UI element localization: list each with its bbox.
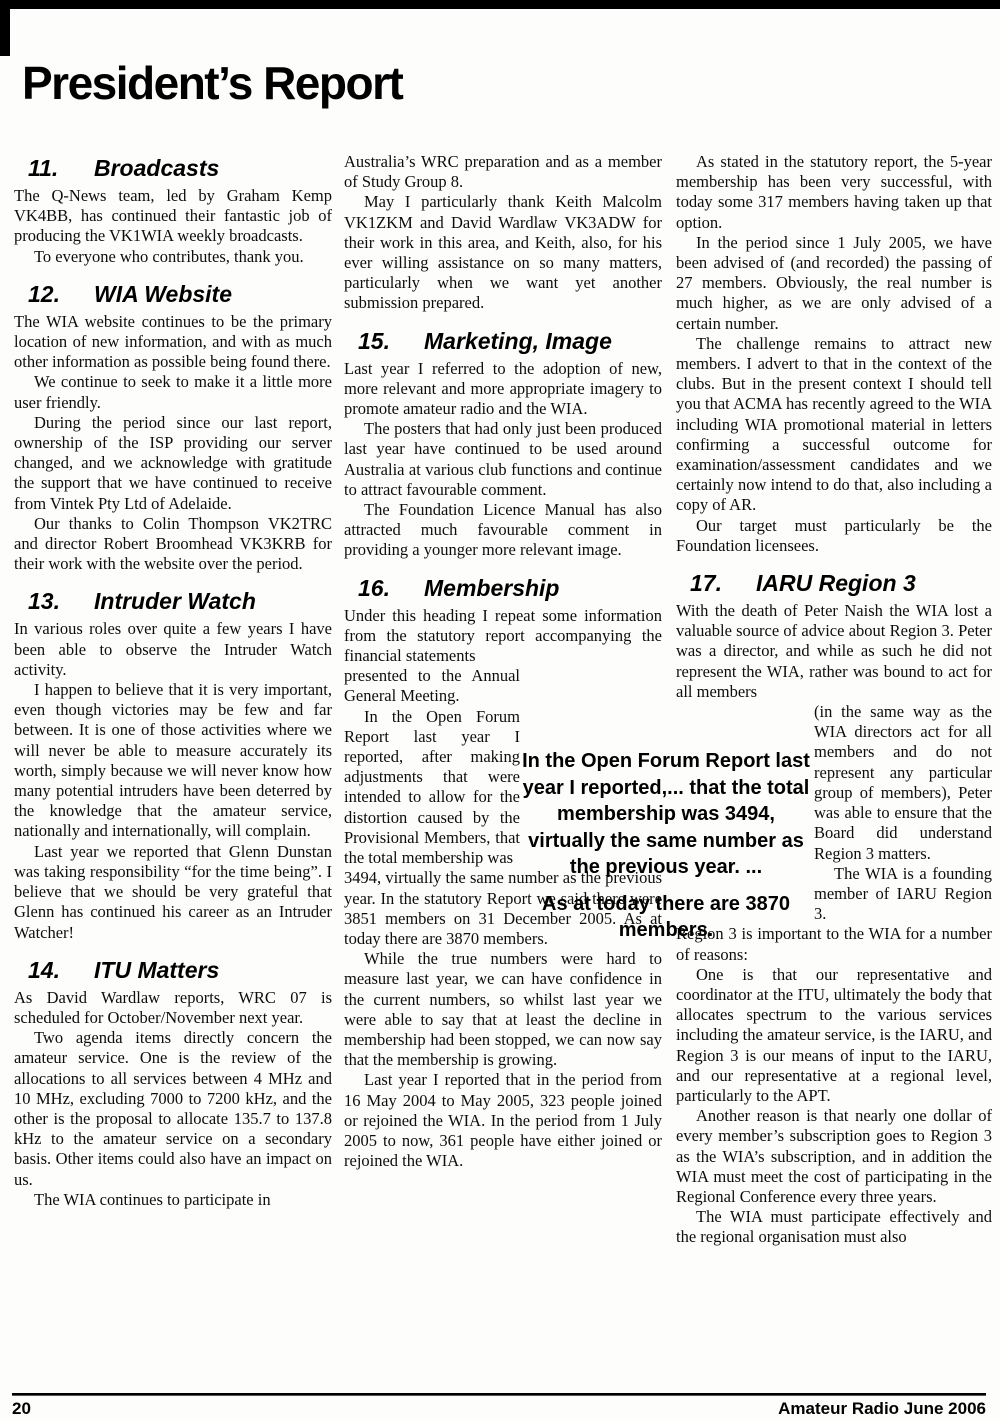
scan-edge-top bbox=[0, 0, 1000, 9]
section-heading: 12.WIA Website bbox=[14, 280, 332, 308]
section-heading: 15.Marketing, Image bbox=[344, 327, 662, 355]
paragraph: As stated in the statutory report, the 5… bbox=[676, 152, 992, 233]
section-heading: 16.Membership bbox=[344, 574, 662, 602]
paragraph: I happen to believe that it is very impo… bbox=[14, 680, 332, 842]
section-heading: 14.ITU Matters bbox=[14, 956, 332, 984]
magazine-page: President’s Report 11.BroadcastsThe Q-Ne… bbox=[0, 0, 1000, 1421]
paragraph: During the period since our last report,… bbox=[14, 413, 332, 514]
pull-quote-line-1: In the Open Forum Report last year I rep… bbox=[516, 748, 816, 881]
section-number: 15. bbox=[358, 327, 424, 355]
paragraph: The challenge remains to attract new mem… bbox=[676, 334, 992, 516]
page-title: President’s Report bbox=[22, 56, 402, 110]
paragraph: The WIA is a founding member of IARU Reg… bbox=[814, 864, 992, 925]
paragraph: Australia’s WRC preparation and as a mem… bbox=[344, 152, 662, 192]
paragraph: With the death of Peter Naish the WIA lo… bbox=[676, 601, 992, 702]
paragraph: presented to the Annual General Meeting. bbox=[344, 666, 520, 706]
paragraph: To everyone who contributes, thank you. bbox=[14, 247, 332, 267]
paragraph: The Foundation Licence Manual has also a… bbox=[344, 500, 662, 561]
section-title: Broadcasts bbox=[94, 155, 219, 181]
paragraph: Last year we reported that Glenn Dunstan… bbox=[14, 842, 332, 943]
section-heading: 17.IARU Region 3 bbox=[676, 569, 992, 597]
section-heading: 13.Intruder Watch bbox=[14, 587, 332, 615]
paragraph: In various roles over quite a few years … bbox=[14, 619, 332, 680]
footer-page-number: 20 bbox=[12, 1399, 31, 1419]
section-number: 17. bbox=[690, 569, 756, 597]
text-column-3: As stated in the statutory report, the 5… bbox=[676, 152, 992, 1248]
paragraph: The WIA must participate effectively and… bbox=[676, 1207, 992, 1247]
paragraph: The posters that had only just been prod… bbox=[344, 419, 662, 500]
text-column-1: 11.BroadcastsThe Q-News team, led by Gra… bbox=[14, 152, 332, 1210]
section-number: 12. bbox=[28, 280, 94, 308]
section-heading: 11.Broadcasts bbox=[14, 154, 332, 182]
scan-edge-left bbox=[0, 0, 10, 56]
wrapped-text-block: presented to the Annual General Meeting.… bbox=[344, 666, 520, 868]
paragraph: The Q-News team, led by Graham Kemp VK4B… bbox=[14, 186, 332, 247]
section-title: Marketing, Image bbox=[424, 328, 612, 354]
paragraph: The WIA website continues to be the prim… bbox=[14, 312, 332, 373]
text-column-2: Australia’s WRC preparation and as a mem… bbox=[344, 152, 662, 1171]
paragraph: As David Wardlaw reports, WRC 07 is sche… bbox=[14, 988, 332, 1028]
section-title: Intruder Watch bbox=[94, 588, 256, 614]
paragraph: Last year I reported that in the period … bbox=[344, 1070, 662, 1171]
section-title: Membership bbox=[424, 575, 559, 601]
paragraph: Another reason is that nearly one dollar… bbox=[676, 1106, 992, 1207]
paragraph: Two agenda items directly concern the am… bbox=[14, 1028, 332, 1190]
paragraph: Under this heading I repeat some informa… bbox=[344, 606, 662, 667]
section-number: 13. bbox=[28, 587, 94, 615]
paragraph: May I particularly thank Keith Malcolm V… bbox=[344, 192, 662, 313]
paragraph: The WIA continues to participate in bbox=[14, 1190, 332, 1210]
section-title: WIA Website bbox=[94, 281, 232, 307]
paragraph: In the Open Forum Report last year I rep… bbox=[344, 707, 520, 869]
paragraph: Last year I referred to the adoption of … bbox=[344, 359, 662, 420]
paragraph: One is that our representative and coord… bbox=[676, 965, 992, 1106]
paragraph: In the period since 1 July 2005, we have… bbox=[676, 233, 992, 334]
section-number: 16. bbox=[358, 574, 424, 602]
section-number: 11. bbox=[28, 154, 94, 182]
paragraph: (in the same way as the WIA directors ac… bbox=[814, 702, 992, 864]
wrapped-text-block: (in the same way as the WIA directors ac… bbox=[814, 702, 992, 924]
paragraph: We continue to seek to make it a little … bbox=[14, 372, 332, 412]
paragraph: Our thanks to Colin Thompson VK2TRC and … bbox=[14, 514, 332, 575]
section-number: 14. bbox=[28, 956, 94, 984]
footer-rule bbox=[12, 1393, 986, 1396]
pull-quote-line-2: As at today there are 3870 members. bbox=[516, 891, 816, 944]
paragraph: While the true numbers were hard to meas… bbox=[344, 949, 662, 1070]
paragraph: Our target must particularly be the Foun… bbox=[676, 516, 992, 556]
section-title: IARU Region 3 bbox=[756, 570, 916, 596]
section-title: ITU Matters bbox=[94, 957, 219, 983]
footer-issue-title: Amateur Radio June 2006 bbox=[778, 1399, 986, 1419]
pull-quote: In the Open Forum Report last year I rep… bbox=[516, 748, 816, 944]
